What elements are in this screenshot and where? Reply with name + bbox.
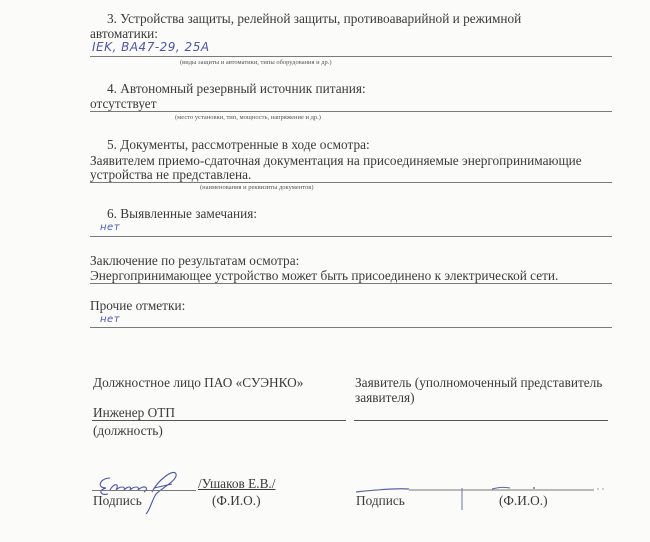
section5-caption: (наименования и реквизиты документов) bbox=[200, 184, 314, 192]
applicant-name-caption: (Ф.И.О.) bbox=[499, 493, 548, 509]
section3-heading-line1: 3. Устройства защиты, релейной защиты, п… bbox=[107, 11, 521, 27]
section6-underline bbox=[90, 236, 612, 237]
section4-underline bbox=[90, 111, 612, 112]
section3-underline bbox=[90, 56, 612, 57]
section4-value: отсутствует bbox=[90, 96, 157, 112]
conclusion-heading: Заключение по результатам осмотра: bbox=[90, 253, 299, 269]
section4-heading: 4. Автономный резервный источник питания… bbox=[107, 81, 366, 97]
applicant-label-line1: Заявитель (уполномоченный представитель bbox=[355, 375, 602, 391]
conclusion-value: Энергопринимающее устройство может быть … bbox=[90, 268, 558, 284]
section3-caption: (виды защиты и автоматики, типы оборудов… bbox=[180, 59, 332, 67]
section4-caption: (место установки, тип, мощность, напряже… bbox=[175, 114, 321, 122]
official-label: Должностное лицо ПАО «СУЭНКО» bbox=[93, 375, 303, 391]
section5-heading: 5. Документы, рассмотренные в ходе осмот… bbox=[107, 137, 370, 153]
applicant-signature-caption: Подпись bbox=[356, 493, 405, 509]
official-name: /Ушаков Е.В./ bbox=[198, 476, 275, 492]
section5-value-line2: устройства не представлена. bbox=[90, 167, 251, 183]
other-notes-heading: Прочие отметки: bbox=[90, 298, 185, 314]
section6-handwritten-value: нет bbox=[100, 222, 120, 233]
official-name-caption: (Ф.И.О.) bbox=[212, 493, 261, 509]
other-notes-underline bbox=[90, 327, 612, 328]
official-position-caption: (должность) bbox=[93, 423, 163, 439]
section6-heading: 6. Выявленные замечания: bbox=[107, 206, 257, 222]
official-signature-underline bbox=[92, 490, 196, 491]
official-signature-caption: Подпись bbox=[93, 493, 142, 509]
other-notes-handwritten-value: нет bbox=[100, 314, 120, 325]
official-position: Инженер ОТП bbox=[93, 405, 175, 421]
applicant-underline bbox=[354, 420, 608, 421]
conclusion-underline bbox=[90, 283, 612, 284]
section5-underline bbox=[90, 182, 612, 183]
section3-handwritten-value: IEK, ВА47-29, 25А bbox=[92, 40, 210, 54]
applicant-label-line2: заявителя) bbox=[355, 390, 415, 406]
official-position-underline bbox=[92, 420, 346, 421]
